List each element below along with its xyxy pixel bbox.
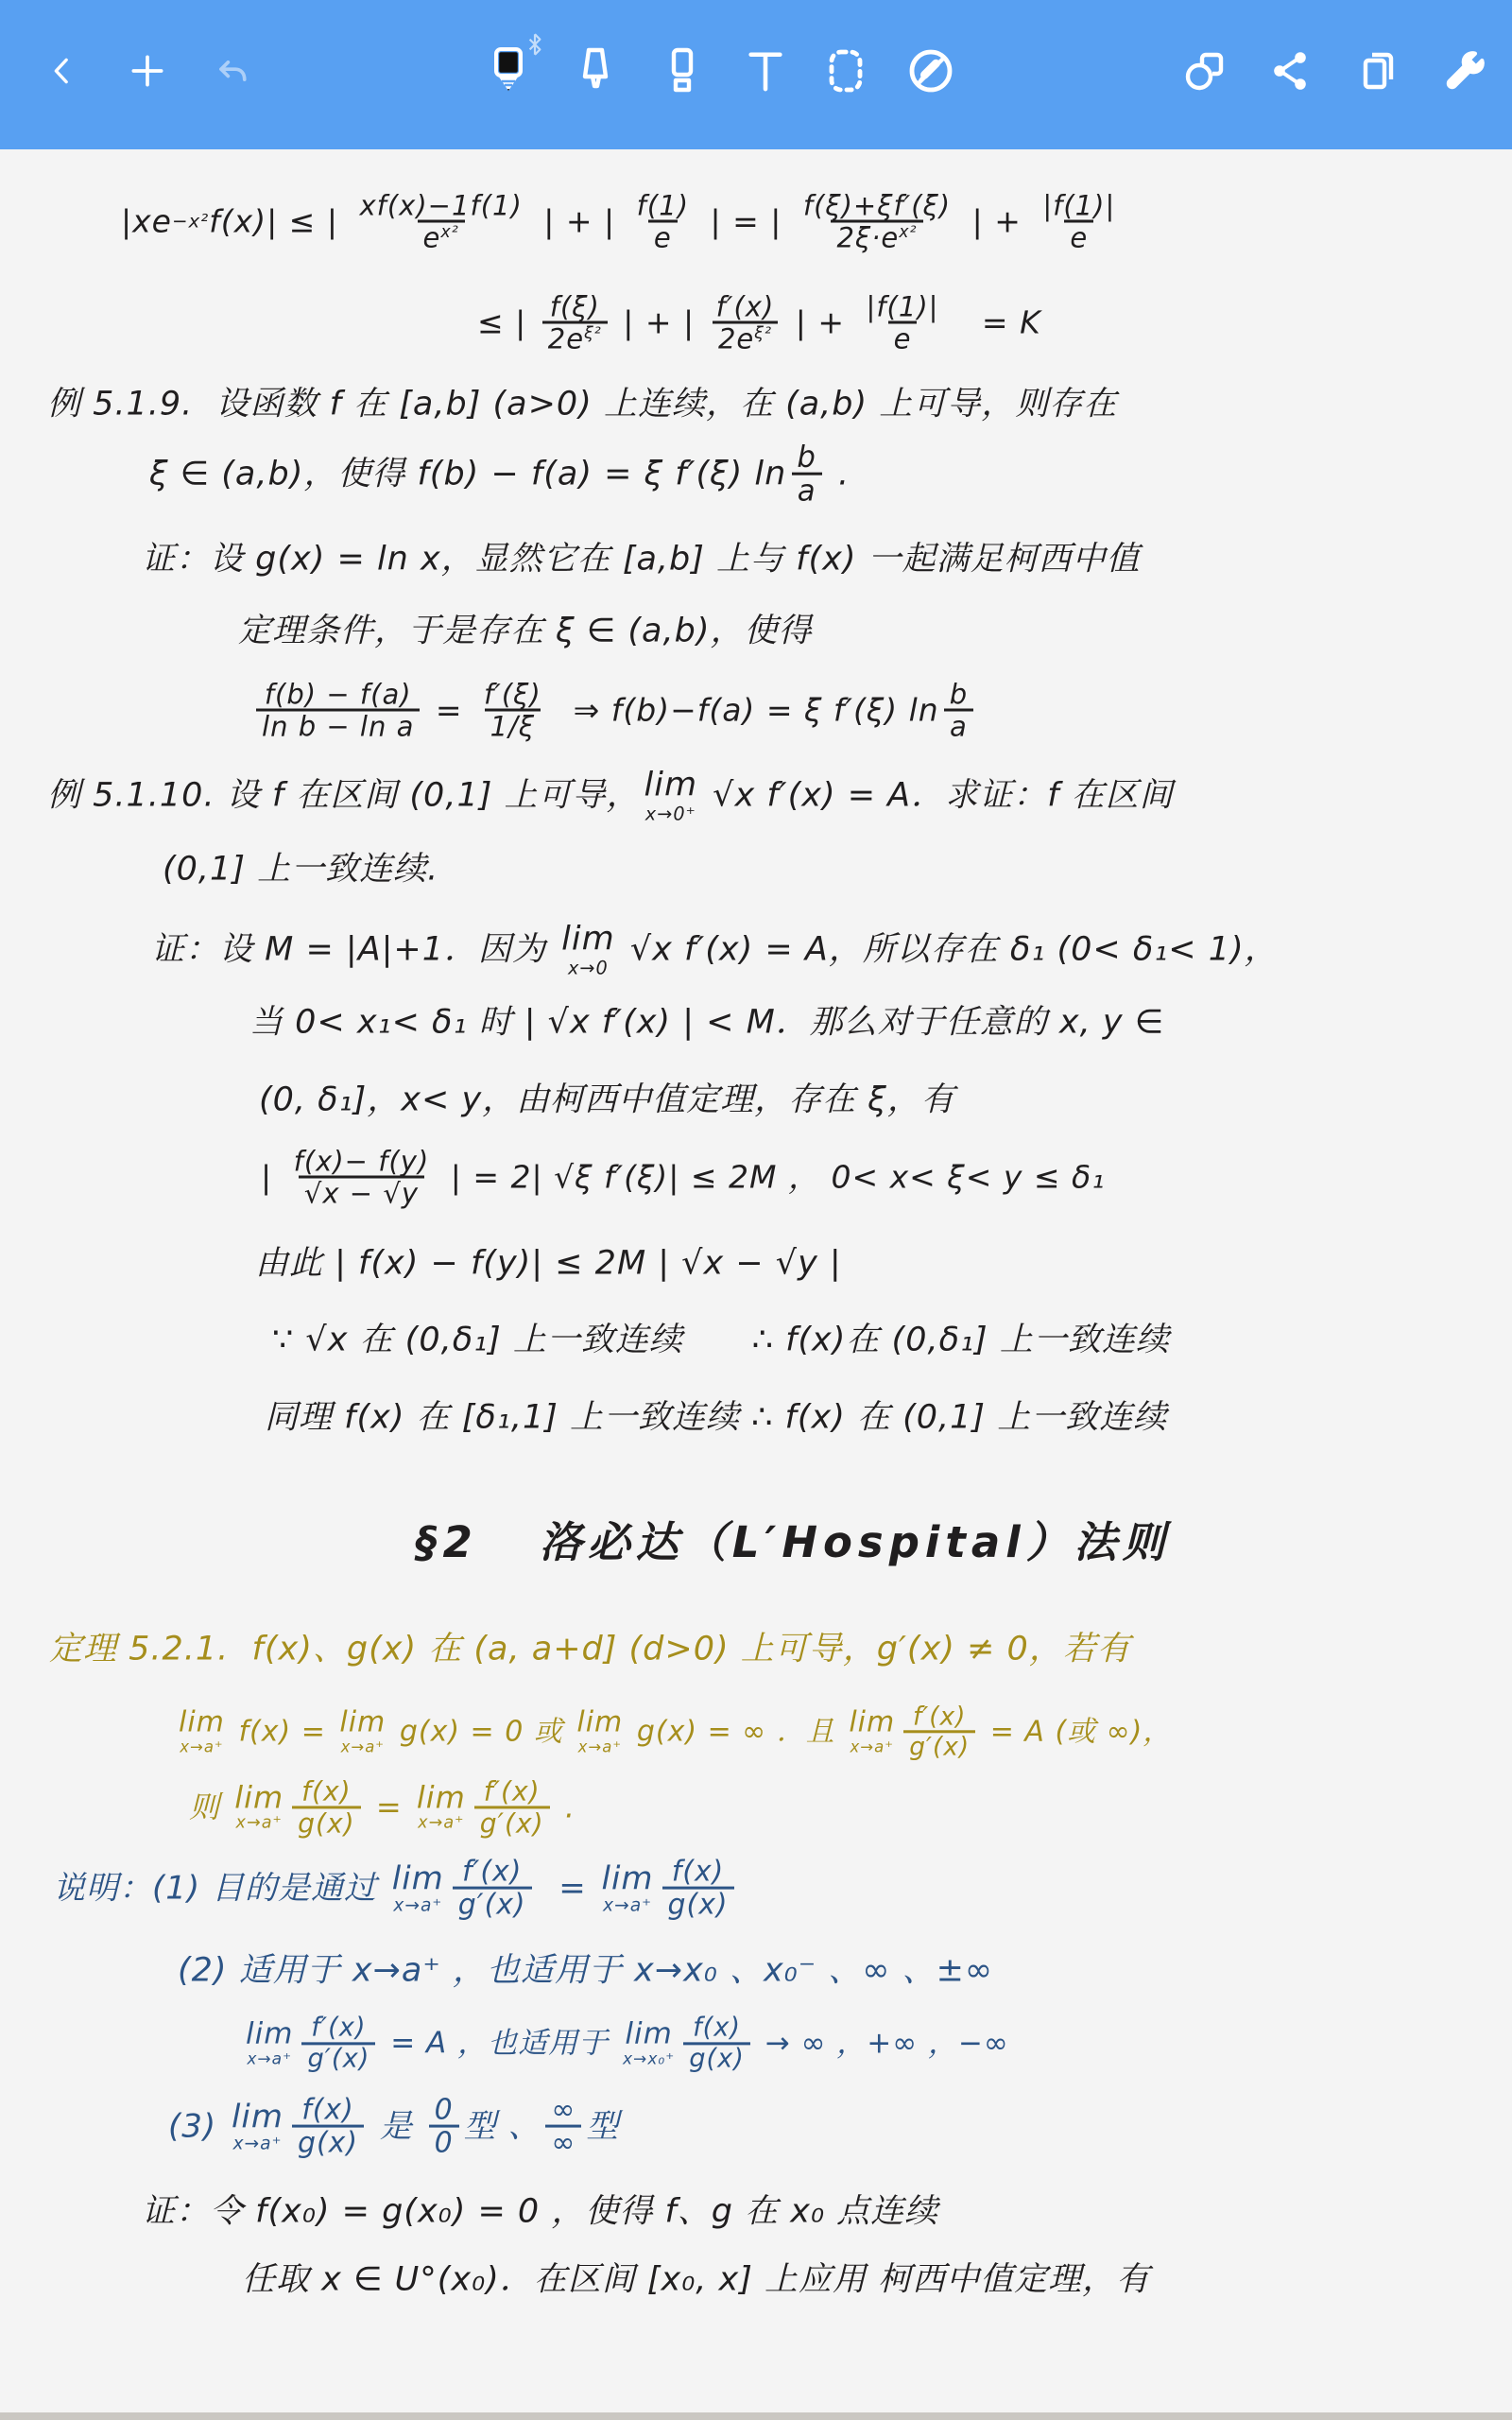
handwriting-line: 证：设 g(x) = ln x，显然它在 [a,b] 上与 f(x) 一起满足柯… — [142, 541, 1141, 578]
handwriting-line: 证：设 M = |A|+1．因为 limx→0 √x f′(x) = A，所以存… — [151, 923, 1279, 977]
handwriting-line: (0, δ₁]，x< y，由柯西中值定理，存在 ξ，有 — [259, 1081, 955, 1118]
handwriting-line: 例 5.1.10. 设 f 在区间 (0,1] 上可导，limx→0⁺ √x f… — [47, 769, 1174, 822]
handwriting-line: |xe−x²f(x)| ≤ | xf(x)−1f(1)ex² | + | f(1… — [121, 192, 1125, 253]
back-button[interactable] — [32, 41, 93, 101]
pages-icon — [1352, 47, 1398, 95]
share-icon — [1267, 48, 1313, 94]
pages-button[interactable] — [1345, 41, 1405, 101]
bluetooth-badge-icon — [527, 33, 542, 56]
shapes-button[interactable] — [1175, 41, 1235, 101]
handwriting-line: (2) 适用于 x→a⁺ ，也适用于 x→x₀ 、x₀⁻ 、∞ 、±∞ — [178, 1952, 993, 1989]
handwriting-line: 由此 | f(x) − f(y)| ≤ 2M | √x − √y | — [255, 1245, 842, 1282]
text-tool-icon — [744, 47, 787, 95]
handwriting-line: 定理 5.2.1. f(x)、g(x) 在 (a, a+d] (d>0) 上可导… — [49, 1631, 1131, 1668]
handwriting-line: 说明：(1) 目的是通过 limx→a⁺ f′(x)g′(x) = limx→a… — [53, 1858, 739, 1921]
highlighter-tool-icon — [572, 44, 619, 97]
handwriting-line: limx→a⁺ f′(x)g′(x) = A ，也适用于 limx→x₀⁺ f(… — [242, 2014, 1009, 2072]
toolbar — [0, 0, 1512, 149]
settings-wrench-button[interactable] — [1435, 41, 1495, 101]
lasso-select-button[interactable] — [816, 41, 876, 101]
handwriting-line: (3) limx→a⁺ f(x)g(x) 是 00型 、∞∞型 — [168, 2096, 619, 2159]
undo-icon — [211, 50, 252, 92]
eraser-tool-button[interactable] — [652, 41, 713, 101]
handwriting-line: 当 0< x₁< δ₁ 时 | √x f′(x) | < M．那么对于任意的 x… — [249, 1004, 1164, 1041]
settings-wrench-icon — [1441, 47, 1488, 95]
section-heading: §2 洛必达（L′Hospital）法则 — [416, 1519, 1171, 1566]
highlighter-tool-button[interactable] — [565, 41, 626, 101]
handwriting-line: limx→a⁺ f(x) = limx→a⁺ g(x) = 0 或 limx→a… — [175, 1703, 1172, 1759]
pen-tool-icon — [483, 43, 534, 98]
handwriting-line: ∵ √x 在 (0,δ₁] 上一致连续 ∴ f(x)在 (0,δ₁] 上一致连续 — [272, 1322, 1170, 1358]
page-bottom-edge — [0, 2412, 1512, 2420]
stylus-disable-icon — [905, 45, 956, 96]
note-canvas[interactable]: |xe−x²f(x)| ≤ | xf(x)−1f(1)ex² | + | f(1… — [0, 149, 1512, 2412]
stylus-disable-button[interactable] — [901, 41, 961, 101]
handwriting-line: (0,1] 上一致连续. — [163, 851, 438, 888]
handwriting-line: | f(x)− f(y)√x − √y | = 2| √ξ f′(ξ)| ≤ 2… — [261, 1148, 1105, 1209]
handwriting-line: 任取 x ∈ U°(x₀)．在区间 [x₀, x] 上应用 柯西中值定理，有 — [242, 2261, 1150, 2298]
handwriting-line: 定理条件，于是存在 ξ ∈ (a,b)，使得 — [238, 613, 812, 649]
shapes-icon — [1181, 47, 1228, 95]
handwriting-line: 证：令 f(x₀) = g(x₀) = 0 ，使得 f、g 在 x₀ 点连续 — [142, 2193, 938, 2230]
handwriting-line: 同理 f(x) 在 [δ₁,1] 上一致连续 ∴ f(x) 在 (0,1] 上一… — [265, 1399, 1167, 1436]
undo-button[interactable] — [201, 41, 262, 101]
handwriting-line: 例 5.1.9. 设函数 f 在 [a,b] (a>0) 上连续，在 (a,b)… — [47, 386, 1117, 423]
add-page-icon — [127, 50, 168, 92]
handwriting-line: ξ ∈ (a,b)，使得 f(b) − f(a) = ξ f′(ξ) lnba … — [149, 442, 850, 508]
lasso-select-icon — [822, 44, 869, 97]
handwriting-line: f(b) − f(a)ln b − ln a = f′(ξ)1/ξ ⇒ f(b)… — [251, 681, 978, 742]
pen-tool-button[interactable] — [478, 41, 539, 101]
eraser-tool-icon — [659, 44, 706, 97]
handwriting-line: 则 limx→a⁺ f(x)g(x) = limx→a⁺ f′(x)g′(x) … — [189, 1777, 576, 1837]
handwriting-line: ≤ | f(ξ)2eξ² | + | f′(x)2eξ² | + |f(1)|e… — [477, 293, 1041, 354]
share-button[interactable] — [1260, 41, 1320, 101]
text-tool-button[interactable] — [735, 41, 796, 101]
add-page-button[interactable] — [117, 41, 178, 101]
back-icon — [43, 52, 81, 90]
